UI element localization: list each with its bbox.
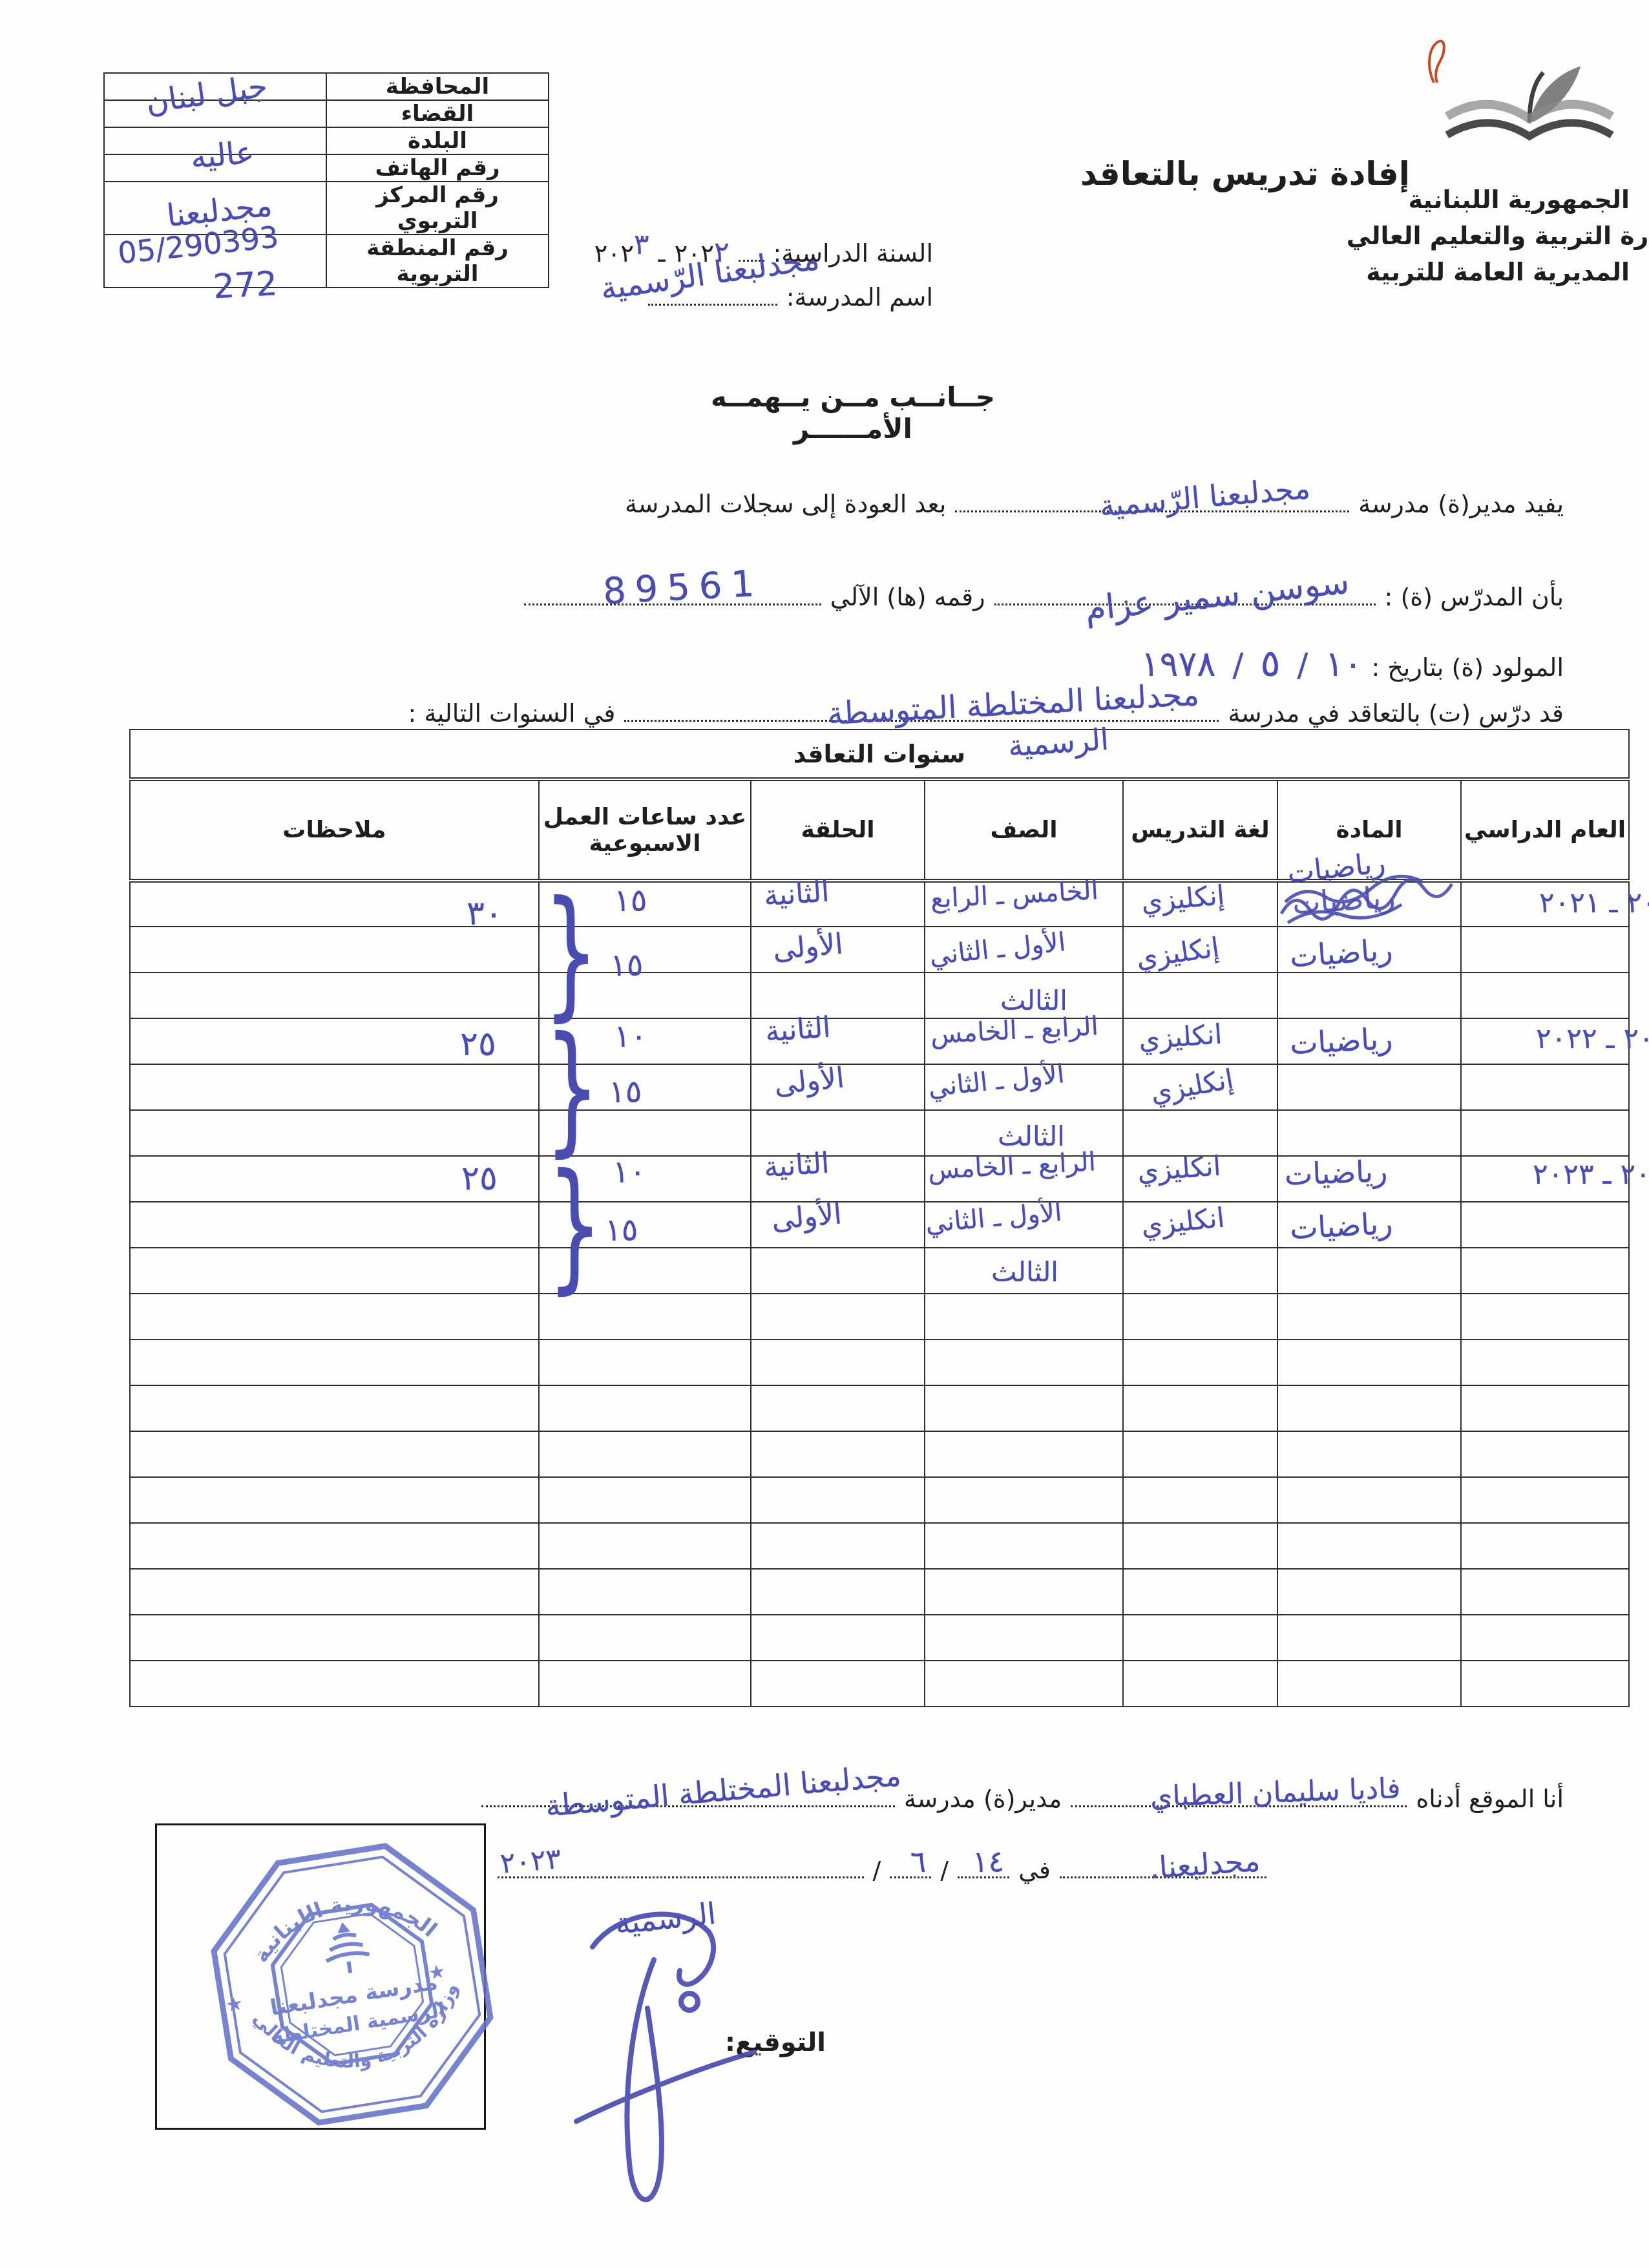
contract-table-cell (130, 1431, 539, 1477)
contract-table-row (130, 1523, 1629, 1569)
line4-post: في السنوات التالية : (408, 699, 616, 728)
contract-table-cell (130, 1523, 539, 1569)
date-in-label: في (1018, 1856, 1051, 1884)
contract-table-row (130, 1156, 1629, 1202)
contract-table-cell (539, 1615, 751, 1661)
contract-table-cell (539, 1477, 751, 1523)
contract-table-row (130, 1110, 1629, 1156)
scribble-cross-out (1276, 874, 1457, 935)
contract-table-cell (1123, 1569, 1277, 1615)
line3-label: المولود (ة) بتاريخ : (1371, 653, 1564, 682)
contract-table-cell (130, 1385, 539, 1431)
school-stamp: الجمهورية اللبنانية وزارة التربية والتعل… (179, 1806, 525, 2163)
hw-g1-hours-1: ١٥ (614, 883, 647, 919)
contract-table-cell (1461, 1110, 1629, 1156)
info-box-label: القضاء (326, 100, 549, 127)
hw-g1-subject-2: رياضيات (1288, 932, 1394, 974)
contract-table-cell (130, 927, 539, 972)
contract-table-cell (925, 1661, 1123, 1706)
red-pen-mark (1425, 37, 1453, 89)
contract-table-cell (130, 1248, 539, 1294)
hw-place: مجدلبعنا. (1148, 1843, 1261, 1885)
contract-table-cell (925, 1615, 1123, 1661)
hw-g2-total: ٢٥ (460, 1025, 496, 1064)
line1-post: بعد العودة إلى سجلات المدرسة (625, 490, 946, 518)
contract-table-row (130, 1615, 1629, 1661)
info-box-row: رقم الهاتف (104, 154, 549, 182)
contract-table-cell (130, 1294, 539, 1339)
hw-birth-day: ١٠ (1325, 644, 1362, 684)
cedar-tree-icon (321, 1919, 372, 1977)
month-gap: ٦ (890, 1849, 931, 1878)
contract-table-row (130, 1202, 1629, 1248)
hw-g2-hours-1: ١٠ (614, 1018, 647, 1055)
contract-table-cell (1123, 1661, 1277, 1706)
contract-column-header: العام الدراسي (1461, 779, 1629, 881)
contract-table-row (130, 1018, 1629, 1064)
contract-table-row (130, 1064, 1629, 1110)
stamp-star-left: ★ (224, 1992, 245, 2017)
contract-table-row (130, 1569, 1629, 1615)
hw-date-year: ٢٠٢٣ (499, 1842, 563, 1880)
contract-table-cell (130, 1661, 539, 1706)
form-title: إفادة تدريس بالتعاقد (1080, 155, 1410, 193)
contract-column-header: الحلقة (751, 779, 925, 881)
contract-table-cell (1277, 1064, 1461, 1110)
line2-pre: بأن المدرّس (ة) : (1385, 583, 1564, 611)
contract-table-body (130, 881, 1629, 1706)
contract-table-cell (130, 1339, 539, 1385)
contract-table-cell (1123, 1110, 1277, 1156)
contract-table-cell (1123, 1385, 1277, 1431)
contract-table-row (130, 1477, 1629, 1523)
contract-table-cell (1461, 1569, 1629, 1615)
contract-table-cell (1461, 1661, 1629, 1706)
hw-g2-subject-1: رياضيات (1289, 1021, 1394, 1061)
contract-column-header: لغة التدريس (1123, 779, 1277, 881)
contract-table-cell (751, 1569, 925, 1615)
contract-table-cell (130, 1615, 539, 1661)
hw-g3-subject-2: رياضيات (1289, 1206, 1394, 1246)
contract-table-cell (1277, 972, 1461, 1018)
contract-table-row (130, 1248, 1629, 1294)
contract-table-cell (1123, 1431, 1277, 1477)
hw-g3-cycle-1: الثانية (762, 1147, 830, 1184)
year-gap: ٢٠٢٣ (498, 1849, 864, 1878)
hw-date-month: ٦ (910, 1844, 927, 1879)
header-republic: الجمهورية اللبنانية (1409, 182, 1630, 218)
line1-pre: يفيد مدير(ة) مدرسة (1358, 490, 1564, 518)
contract-table-cell (751, 1523, 925, 1569)
footer-line: أنا الموقع أدناه فاديا سليمان العطباي مد… (481, 1778, 1564, 1813)
hw-g2-class-3: الثالث (998, 1120, 1065, 1152)
contract-table-cell (1277, 1431, 1461, 1477)
hw-line4-school-2: الرسمية (1007, 722, 1109, 764)
contract-table-cell (130, 1110, 539, 1156)
contract-table-cell (1461, 927, 1629, 972)
contract-table-cell (130, 1202, 539, 1248)
contract-table-cell (1277, 1110, 1461, 1156)
contract-table-cell (1123, 1615, 1277, 1661)
contract-table-cell (751, 1661, 925, 1706)
contract-table-cell (751, 972, 925, 1018)
contract-table-cell (925, 1523, 1123, 1569)
contract-table-cell (751, 1615, 925, 1661)
contract-table-cell (1277, 1385, 1461, 1431)
contract-table-cell (751, 1110, 925, 1156)
hw-line4-school: مجدلبعنا المختلطة المتوسطة (826, 677, 1200, 732)
school-name-label: اسم المدرسة: (786, 283, 933, 311)
info-box-label: رقم الهاتف (326, 154, 549, 182)
header-ministry: وزارة التربية والتعليم العالي (1347, 218, 1649, 254)
hw-g1-year: ٢٠٢٠ ـ ٢٠٢١ (1539, 887, 1649, 919)
hw-year-digit-2: ٣ (634, 228, 649, 261)
footer-director-gap: فاديا سليمان العطباي (1071, 1778, 1407, 1807)
contract-table-cell (1461, 1523, 1629, 1569)
school-year-second: ٢٠٢٣ (594, 236, 649, 269)
hw-g3-cycle-2: الأولى (770, 1197, 843, 1236)
contract-table-cell (1461, 1477, 1629, 1523)
header-directorate: المديرية العامة للتربية (1366, 255, 1630, 290)
hw-g3-language-1: انكليزي (1136, 1150, 1221, 1188)
hw-teacher-name: سوسن سمير عزام (1083, 562, 1351, 629)
contract-table-row (130, 1661, 1629, 1706)
body-line-3: المولود (ة) بتاريخ : ١٠ / ٥ / ١٩٧٨ (1141, 641, 1564, 685)
info-box-label: رقم المنطقة التربوية (326, 235, 549, 288)
line2-mid: رقمه (ها) الآلي (830, 583, 985, 611)
contract-table-cell (539, 1431, 751, 1477)
contract-table-cell (751, 1477, 925, 1523)
contract-table-cell (1461, 1248, 1629, 1294)
contract-table-row (130, 1385, 1629, 1431)
scanned-form-page: المحافظةالقضاءالبلدةرقم الهاتفرقم المركز… (0, 0, 1649, 2268)
contract-table-row (130, 1431, 1629, 1477)
contract-table-cell (1123, 1339, 1277, 1385)
contract-table-cell (751, 1294, 925, 1339)
contract-table-cell (1123, 1477, 1277, 1523)
contract-table-cell (130, 1569, 539, 1615)
contract-table-row (130, 1294, 1629, 1339)
contract-table-cell (1461, 1615, 1629, 1661)
hw-footer-school: مجدلبعنا المختلطة المتوسطة (544, 1758, 903, 1823)
hw-g2-language-1: انكليزي (1137, 1018, 1223, 1056)
hw-district: عاليه (189, 134, 256, 176)
info-box-row: البلدة (104, 127, 549, 154)
contract-table-cell (751, 1248, 925, 1294)
body-line-1: يفيد مدير(ة) مدرسة مجدلبعنا الرّسمية بعد… (625, 483, 1564, 518)
line4-fill-gap: مجدلبعنا المختلطة المتوسطة (624, 693, 1219, 722)
info-box-label: المحافظة (326, 73, 549, 100)
contract-table-cell (1277, 1339, 1461, 1385)
contract-table-cell (925, 1339, 1123, 1385)
contract-table-cell (1461, 972, 1629, 1018)
contract-table-cell (130, 1064, 539, 1110)
body-line-4: قد درّس (ت) بالتعاقد في مدرسة مجدلبعنا ا… (408, 693, 1564, 728)
hw-teacher-number: 89561 (602, 562, 764, 613)
line1-fill-gap: مجدلبعنا الرّسمية (955, 483, 1349, 512)
hw-date-day: ١٤ (972, 1844, 1004, 1879)
contract-table-cell (1277, 1661, 1461, 1706)
hw-director-name: فاديا سليمان العطباي (1150, 1772, 1401, 1813)
contract-table-cell (1277, 1477, 1461, 1523)
contract-table-cell (1461, 1294, 1629, 1339)
contract-table-cell (130, 1477, 539, 1523)
hw-g1-cycle-1: الثانية (762, 876, 830, 913)
hw-g3-hours-2: ١٥ (605, 1212, 638, 1248)
contract-table-cell (751, 1339, 925, 1385)
contract-table-cell (1277, 1523, 1461, 1569)
line2-name-gap: سوسن سمير عزام (994, 576, 1376, 605)
info-box-label: رقم المركز التربوي (326, 182, 549, 235)
hw-g1-class-3: الثالث (1000, 985, 1067, 1016)
contract-table-cell (925, 1569, 1123, 1615)
place-gap: مجدلبعنا. (1060, 1849, 1266, 1878)
contract-table-cell (539, 1523, 751, 1569)
contract-table-cell (1461, 1202, 1629, 1248)
hw-line1-school: مجدلبعنا الرّسمية (1098, 470, 1312, 523)
contract-table-cell (1123, 1294, 1277, 1339)
contract-table-cell (130, 972, 539, 1018)
contract-table-cell (751, 1431, 925, 1477)
salutation-heading: جــانــب مــن يــهمــه الأمــــــر (685, 381, 1021, 445)
info-box-label: البلدة (326, 127, 549, 154)
contract-table-cell (1277, 1248, 1461, 1294)
hours-brace-3: { (547, 1145, 603, 1308)
director-signature (557, 1898, 764, 2247)
line4-pre: قد درّس (ت) بالتعاقد في مدرسة (1228, 699, 1564, 728)
contract-table-cell (539, 1569, 751, 1615)
hw-g1-cycle-2: الأولى (772, 927, 845, 966)
contract-table-cell (539, 1385, 751, 1431)
contract-table-cell (1123, 1523, 1277, 1569)
hw-g3-year: ٢٠٢٢ ـ ٢٠٢٣ (1533, 1158, 1649, 1191)
contract-table-cell (1123, 1248, 1277, 1294)
contract-column-header: الصف (925, 779, 1123, 881)
contract-table-cell (539, 1339, 751, 1385)
contract-table-cell (751, 1385, 925, 1431)
contract-table-cell (1461, 1339, 1629, 1385)
contract-table-cell (1277, 1615, 1461, 1661)
footer-mid: مدير(ة) مدرسة (904, 1785, 1062, 1813)
contract-table-cell (1461, 1431, 1629, 1477)
contract-column-header: ملاحظات (130, 779, 539, 881)
contract-table-cell (1461, 1064, 1629, 1110)
footer-school-gap: مجدلبعنا المختلطة المتوسطة (481, 1778, 895, 1807)
contract-table-cell (1277, 1294, 1461, 1339)
contract-table-cell (925, 1294, 1123, 1339)
line2-number-gap: 89561 (524, 576, 821, 605)
contract-table-cell (925, 1385, 1123, 1431)
contract-table-row (130, 1339, 1629, 1385)
contract-table-cell (539, 1661, 751, 1706)
contract-table-cell (1277, 1569, 1461, 1615)
contract-table-cell (925, 1431, 1123, 1477)
contract-table-cell (1123, 972, 1277, 1018)
ministry-book-logo (1436, 57, 1623, 173)
hw-g3-total: ٢٥ (461, 1159, 498, 1198)
hw-birth-month: ٥ (1260, 641, 1280, 685)
body-line-2: بأن المدرّس (ة) : سوسن سمير عزام رقمه (ه… (524, 576, 1564, 611)
hw-g1-total: ٣٠ (467, 894, 503, 933)
footer-pre: أنا الموقع أدناه (1416, 1785, 1564, 1813)
hw-g3-subject-1: رياضيات (1284, 1153, 1388, 1192)
day-gap: ١٤ (958, 1849, 1009, 1878)
contract-table-row (130, 972, 1629, 1018)
contract-table-cell (925, 1477, 1123, 1523)
hw-g2-cycle-1: الثانية (764, 1011, 832, 1049)
hw-g3-class-3: الثالث (991, 1256, 1058, 1288)
contract-table-head: سنوات التعاقد العام الدراسيالمادةلغة الت… (130, 730, 1629, 881)
place-date-line: مجدلبعنا. في ١٤ / ٦ / ٢٠٢٣ (498, 1849, 1266, 1884)
hw-g2-year: ٢٠٢١ ـ ٢٠٢٢ (1536, 1022, 1649, 1055)
hw-center-number: 272 (212, 264, 278, 306)
contract-table-title: سنوات التعاقد (130, 730, 1629, 779)
hw-g1-hours-2: ١٥ (610, 947, 644, 983)
hw-g2-hours-2: ١٥ (609, 1074, 642, 1110)
hw-g3-hours-1: ١٠ (613, 1154, 646, 1190)
contract-table-cell (1461, 1385, 1629, 1431)
contract-column-header: عدد ساعات العمل الاسبوعية (539, 779, 751, 881)
contract-table-columns: العام الدراسيالمادةلغة التدريسالصفالحلقة… (130, 779, 1629, 881)
